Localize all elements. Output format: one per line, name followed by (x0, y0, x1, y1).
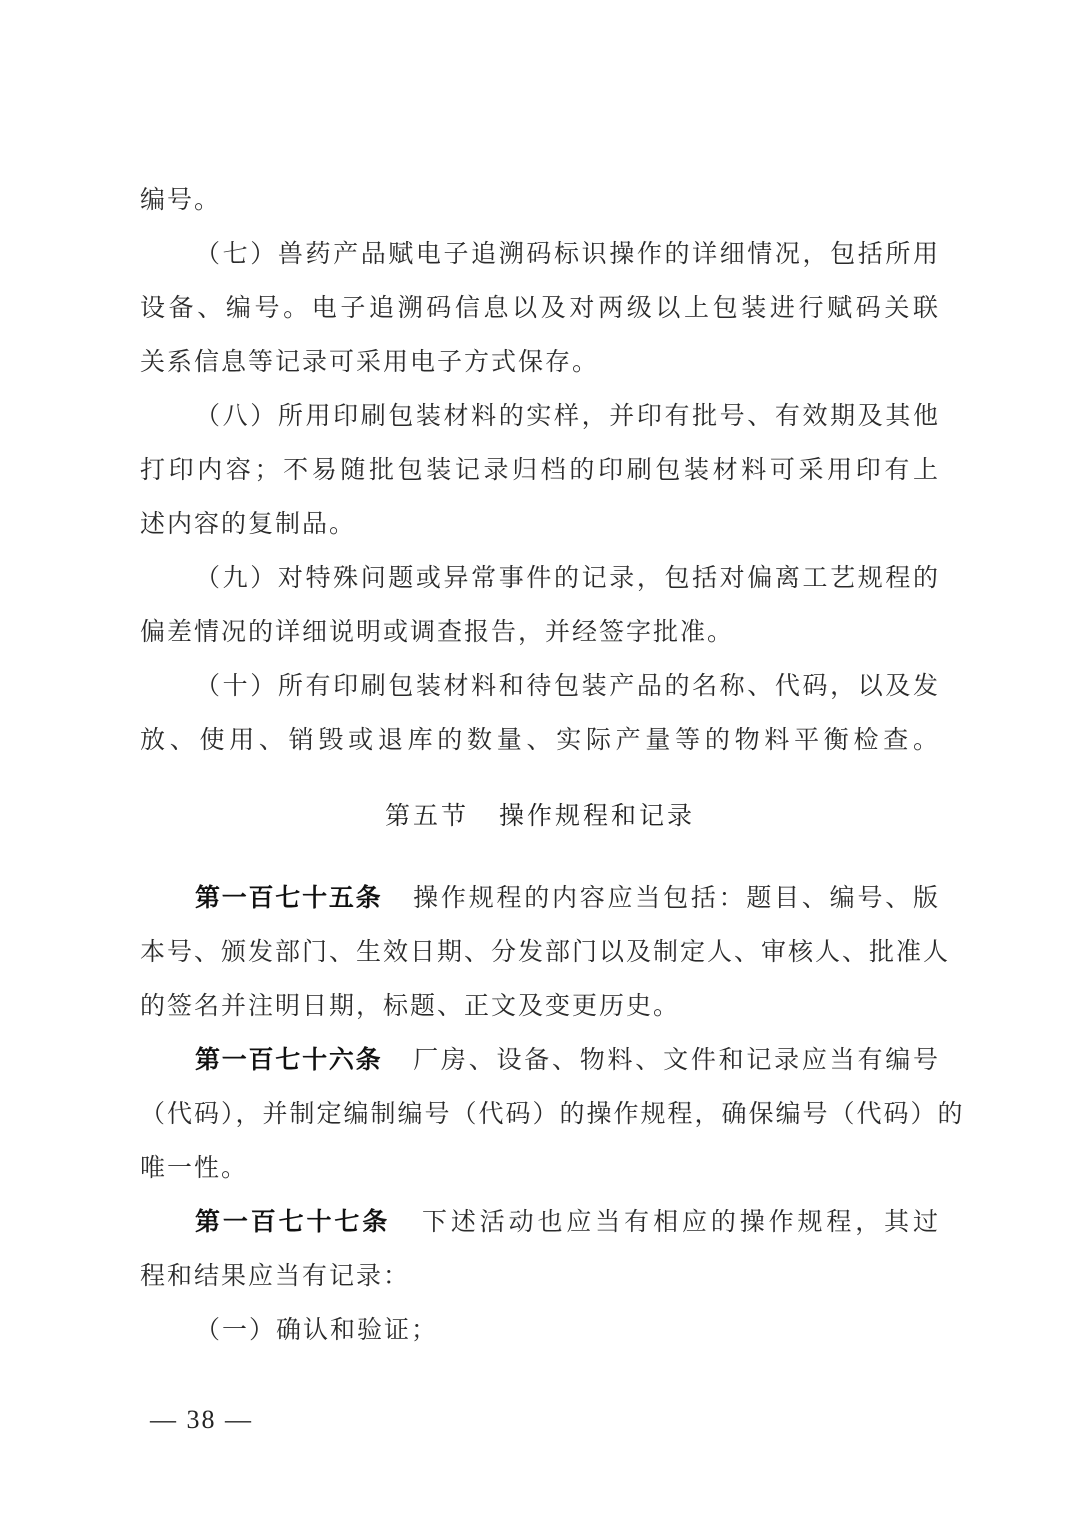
article-label: 第一百七十五条 (195, 883, 382, 912)
paragraph-line: （十）所有印刷包装材料和待包装产品的名称、代码，以及发 (195, 666, 940, 706)
paragraph-line: （九）对特殊问题或异常事件的记录，包括对偏离工艺规程的 (195, 558, 940, 598)
paragraph-line: （八）所用印刷包装材料的实样，并印有批号、有效期及其他 (195, 396, 940, 436)
article-label: 第一百七十六条 (195, 1045, 382, 1074)
page-number: — 38 — (150, 1400, 253, 1440)
paragraph-line: 编号。 (140, 180, 940, 220)
list-item: （一）确认和验证； (195, 1310, 940, 1350)
paragraph-line: 关系信息等记录可采用电子方式保存。 (140, 342, 940, 382)
article-label: 第一百七十七条 (195, 1207, 390, 1236)
paragraph-line: 本号、颁发部门、生效日期、分发部门以及制定人、审核人、批准人 (140, 932, 940, 972)
section-title: 操作规程和记录 (499, 801, 695, 830)
paragraph-line: （代码），并制定编制编号（代码）的操作规程，确保编号（代码）的 (140, 1094, 940, 1134)
paragraph-line: 偏差情况的详细说明或调查报告，并经签字批准。 (140, 612, 940, 652)
paragraph-line: 打印内容；不易随批包装记录归档的印刷包装材料可采用印有上 (140, 450, 940, 490)
article-175-line: 第一百七十五条操作规程的内容应当包括：题目、编号、版 (195, 878, 940, 918)
paragraph-line: （七）兽药产品赋电子追溯码标识操作的详细情况，包括所用 (195, 234, 940, 274)
article-text: 操作规程的内容应当包括：题目、编号、版 (412, 883, 940, 912)
document-page: 编号。 （七）兽药产品赋电子追溯码标识操作的详细情况，包括所用 设备、编号。电子… (0, 0, 1080, 1527)
article-text: 厂房、设备、物料、文件和记录应当有编号 (412, 1045, 940, 1074)
article-text: 下述活动也应当有相应的操作规程，其过 (420, 1207, 940, 1236)
article-176-line: 第一百七十六条厂房、设备、物料、文件和记录应当有编号 (195, 1040, 940, 1080)
paragraph-line: 的签名并注明日期，标题、正文及变更历史。 (140, 986, 940, 1026)
paragraph-line: 述内容的复制品。 (140, 504, 940, 544)
section-number: 第五节 (385, 801, 469, 830)
paragraph-line: 唯一性。 (140, 1148, 940, 1188)
paragraph-line: 设备、编号。电子追溯码信息以及对两级以上包装进行赋码关联 (140, 288, 940, 328)
article-177-line: 第一百七十七条下述活动也应当有相应的操作规程，其过 (195, 1202, 940, 1242)
paragraph-line: 放、使用、销毁或退库的数量、实际产量等的物料平衡检查。 (140, 720, 940, 760)
paragraph-line: 程和结果应当有记录： (140, 1256, 940, 1296)
section-heading: 第五节操作规程和记录 (0, 796, 1080, 836)
